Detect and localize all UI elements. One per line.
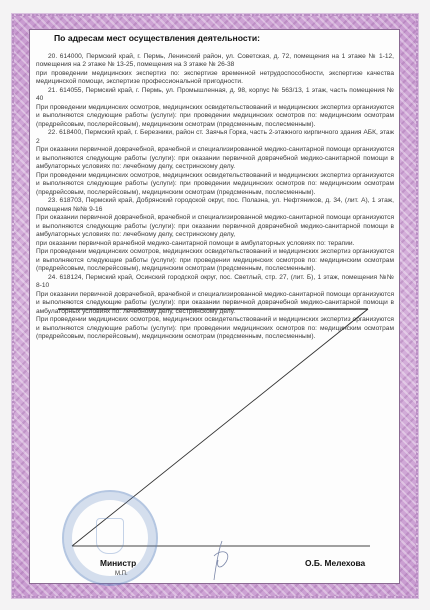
signatory-title: Министр — [100, 558, 136, 568]
services-text: При проведении медицинских осмотров, мед… — [36, 104, 394, 130]
services-text: При оказании первичной доврачебной, врач… — [36, 214, 394, 240]
coat-of-arms-icon — [96, 518, 124, 554]
address-line: 24. 618124, Пермский край, Осинский горо… — [36, 274, 394, 291]
address-line: 20. 614000, Пермский край, г. Пермь, Лен… — [36, 53, 394, 70]
services-text: При оказании первичной доврачебной, врач… — [36, 146, 394, 172]
address-entry-21: 21. 614055, Пермский край, г. Пермь, ул.… — [36, 87, 394, 130]
address-entry-20: 20. 614000, Пермский край, г. Пермь, Лен… — [36, 53, 394, 87]
address-entry-24: 24. 618124, Пермский край, Осинский горо… — [36, 274, 394, 342]
services-text: При проведении медицинских осмотров, мед… — [36, 172, 394, 198]
services-text: при проведении медицинских экспертиз по:… — [36, 70, 394, 87]
address-line: 23. 618703, Пермский край, Добрянский го… — [36, 197, 394, 214]
section-heading: По адресам мест осуществления деятельнос… — [54, 34, 394, 43]
address-line: 22. 618400, Пермский край, г. Березники,… — [36, 129, 394, 146]
signatory-name: О.Б. Мелехова — [305, 558, 365, 568]
address-entry-22: 22. 618400, Пермский край, г. Березники,… — [36, 129, 394, 197]
seal-place-mark: М.П. — [115, 571, 128, 577]
services-text: При оказании первичной доврачебной, врач… — [36, 291, 394, 317]
services-text: При проведении медицинских осмотров, мед… — [36, 248, 394, 274]
services-text: При проведении медицинских осмотров, мед… — [36, 316, 394, 342]
document-body: По адресам мест осуществления деятельнос… — [36, 34, 394, 342]
address-line: 21. 614055, Пермский край, г. Пермь, ул.… — [36, 87, 394, 104]
services-text: при оказании первичной врачебной медико-… — [36, 240, 394, 249]
address-entry-23: 23. 618703, Пермский край, Добрянский го… — [36, 197, 394, 274]
